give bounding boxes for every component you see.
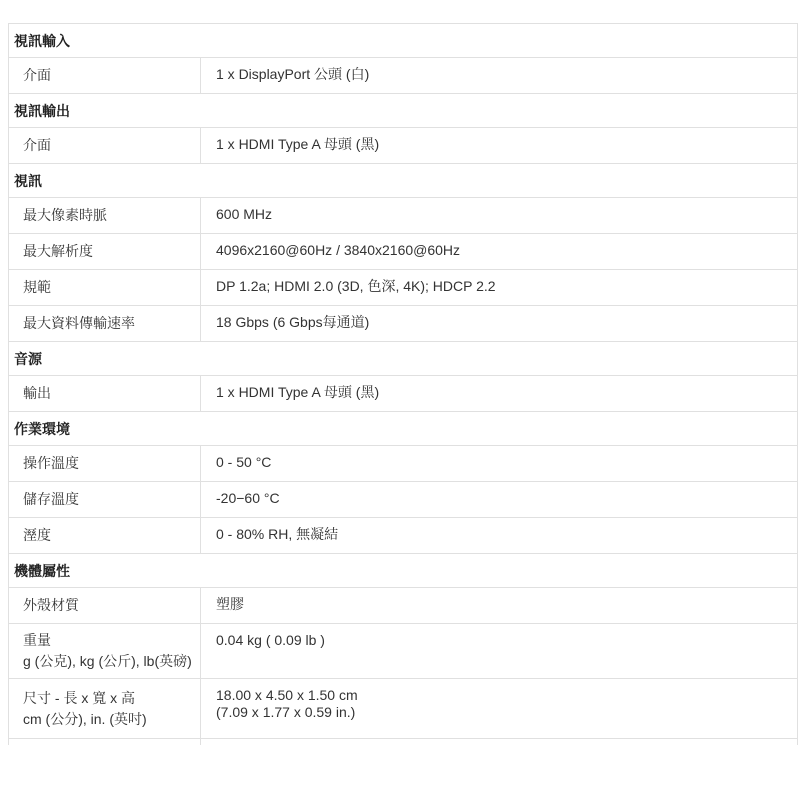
spec-label: 溼度 [23,525,192,546]
section-title: 機體屬性 [14,563,70,579]
spec-value-line: 18 Gbps (6 Gbps每通道) [216,314,789,331]
spec-value-line: 1 x DisplayPort 公頭 (白) [216,66,789,83]
page: { "colors": { "text": "#333333", "headin… [0,0,800,800]
section-title: 視訊 [14,173,42,189]
spec-label: 最大解析度 [23,241,192,262]
spec-table: 視訊輸入 介面 1 x DisplayPort 公頭 (白) 視訊輸出 介面 1… [8,23,798,745]
spec-label-cell: 規範 [9,270,201,306]
spec-value-line: 0 - 80% RH, 無凝結 [216,526,789,543]
spec-row: 儲存溫度 -20−60 °C [9,482,798,518]
spec-label-cell: 外殼材質 [9,588,201,624]
spec-table-cutoff-row [9,739,798,745]
partial-label-cell [9,739,201,745]
spec-label-cell: 尺寸 - 長 x 寬 x 高cm (公分), in. (英吋) [9,679,201,739]
spec-value-cell: 4096x2160@60Hz / 3840x2160@60Hz [201,234,798,270]
spec-label-cell: 輸出 [9,376,201,412]
spec-value-line: DP 1.2a; HDMI 2.0 (3D, 色深, 4K); HDCP 2.2 [216,278,789,295]
spec-sublabel: g (公克), kg (公斤), lb(英磅) [23,651,192,672]
spec-value-cell: 1 x HDMI Type A 母頭 (黑) [201,128,798,164]
spec-label: 外殼材質 [23,595,192,616]
spec-label-cell: 最大像素時脈 [9,198,201,234]
spec-value-cell: 0.04 kg ( 0.09 lb ) [201,624,798,679]
spec-row: 溼度 0 - 80% RH, 無凝結 [9,518,798,554]
spec-label: 輸出 [23,383,192,404]
spec-row: 操作溫度 0 - 50 °C [9,446,798,482]
section-header-row: 機體屬性 [9,554,798,588]
partial-row [9,739,798,745]
spec-value-cell: 1 x DisplayPort 公頭 (白) [201,58,798,94]
spec-label-cell: 重量g (公克), kg (公斤), lb(英磅) [9,624,201,679]
spec-label: 介面 [23,65,192,86]
spec-value-line: 1 x HDMI Type A 母頭 (黑) [216,384,789,401]
section-header-cell: 機體屬性 [9,554,798,588]
spec-value-line: 塑膠 [216,596,789,613]
spec-value-line: -20−60 °C [216,490,789,507]
spec-row: 最大像素時脈 600 MHz [9,198,798,234]
section-title: 作業環境 [14,421,70,437]
spec-table-body: 視訊輸入 介面 1 x DisplayPort 公頭 (白) 視訊輸出 介面 1… [9,24,798,739]
section-title: 視訊輸入 [14,33,70,49]
spec-row: 介面 1 x HDMI Type A 母頭 (黑) [9,128,798,164]
partial-value-cell [201,739,798,745]
spec-row: 最大資料傳輸速率 18 Gbps (6 Gbps每通道) [9,306,798,342]
spec-value-cell: 1 x HDMI Type A 母頭 (黑) [201,376,798,412]
spec-value-line: 18.00 x 4.50 x 1.50 cm [216,687,789,704]
section-header-cell: 視訊 [9,164,798,198]
spec-label-cell: 介面 [9,58,201,94]
spec-value-cell: 18.00 x 4.50 x 1.50 cm(7.09 x 1.77 x 0.5… [201,679,798,739]
spec-label-cell: 儲存溫度 [9,482,201,518]
spec-value-cell: 塑膠 [201,588,798,624]
spec-row: 介面 1 x DisplayPort 公頭 (白) [9,58,798,94]
spec-label: 規範 [23,277,192,298]
section-header-row: 視訊輸入 [9,24,798,58]
spec-label: 最大資料傳輸速率 [23,313,192,334]
section-header-row: 音源 [9,342,798,376]
spec-value-cell: -20−60 °C [201,482,798,518]
spec-row: 輸出 1 x HDMI Type A 母頭 (黑) [9,376,798,412]
spec-label-cell: 溼度 [9,518,201,554]
spec-row: 尺寸 - 長 x 寬 x 高cm (公分), in. (英吋) 18.00 x … [9,679,798,739]
section-header-row: 作業環境 [9,412,798,446]
spec-value-cell: 600 MHz [201,198,798,234]
section-header-cell: 作業環境 [9,412,798,446]
spec-row: 規範 DP 1.2a; HDMI 2.0 (3D, 色深, 4K); HDCP … [9,270,798,306]
spec-label-cell: 最大解析度 [9,234,201,270]
spec-value-cell: DP 1.2a; HDMI 2.0 (3D, 色深, 4K); HDCP 2.2 [201,270,798,306]
spec-row: 外殼材質 塑膠 [9,588,798,624]
section-header-row: 視訊 [9,164,798,198]
section-header-cell: 音源 [9,342,798,376]
section-header-row: 視訊輸出 [9,94,798,128]
spec-label: 最大像素時脈 [23,205,192,226]
spec-value-line: (7.09 x 1.77 x 0.59 in.) [216,704,789,721]
section-header-cell: 視訊輸入 [9,24,798,58]
spec-value-cell: 0 - 80% RH, 無凝結 [201,518,798,554]
spec-label-cell: 介面 [9,128,201,164]
spec-value-line: 0.04 kg ( 0.09 lb ) [216,632,789,649]
spec-label-cell: 最大資料傳輸速率 [9,306,201,342]
spec-sublabel: cm (公分), in. (英吋) [23,709,192,730]
spec-value-line: 600 MHz [216,206,789,223]
section-title: 視訊輸出 [14,103,70,119]
spec-value-line: 0 - 50 °C [216,454,789,471]
spec-label-cell: 操作溫度 [9,446,201,482]
spec-label: 儲存溫度 [23,489,192,510]
spec-value-cell: 18 Gbps (6 Gbps每通道) [201,306,798,342]
spec-value-line: 4096x2160@60Hz / 3840x2160@60Hz [216,242,789,259]
spec-label: 重量 [23,630,192,651]
section-title: 音源 [14,351,42,367]
spec-value-cell: 0 - 50 °C [201,446,798,482]
spec-row: 最大解析度 4096x2160@60Hz / 3840x2160@60Hz [9,234,798,270]
spec-table-container: 視訊輸入 介面 1 x DisplayPort 公頭 (白) 視訊輸出 介面 1… [8,23,798,745]
spec-row: 重量g (公克), kg (公斤), lb(英磅) 0.04 kg ( 0.09… [9,624,798,679]
spec-label: 操作溫度 [23,453,192,474]
spec-label: 尺寸 - 長 x 寬 x 高 [23,688,192,709]
spec-value-line: 1 x HDMI Type A 母頭 (黑) [216,136,789,153]
section-header-cell: 視訊輸出 [9,94,798,128]
spec-label: 介面 [23,135,192,156]
